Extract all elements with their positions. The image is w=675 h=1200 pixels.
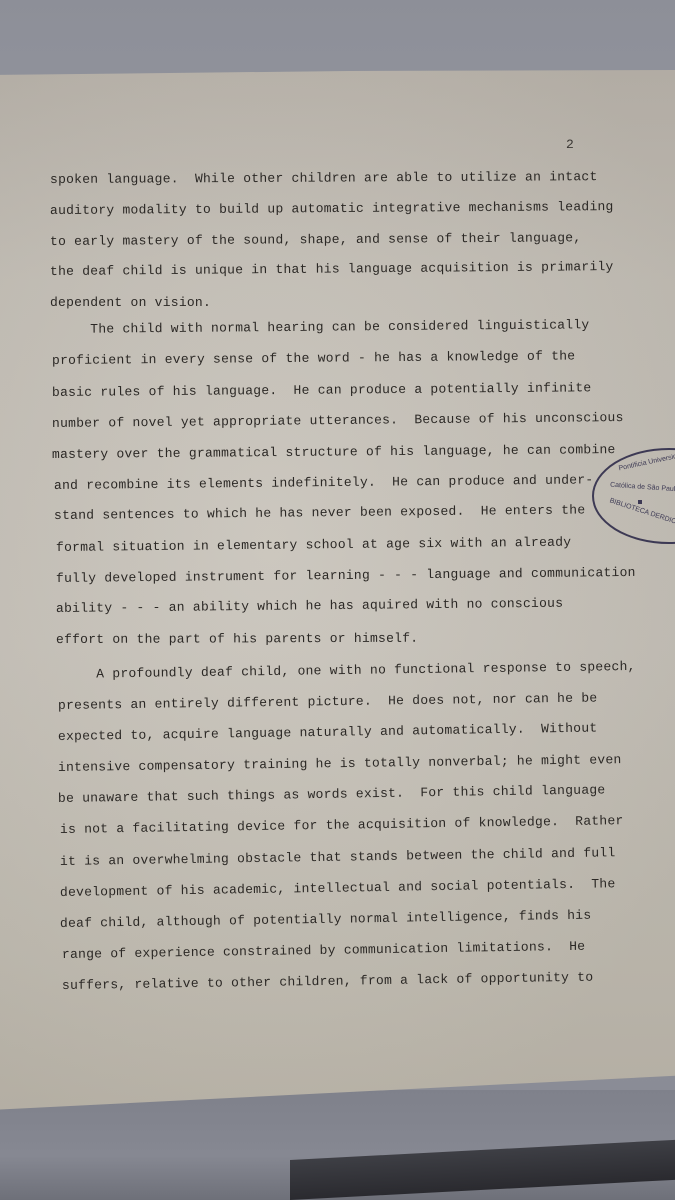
stamp-line-2: Católica de São Paulo xyxy=(610,482,675,494)
stamp-dot xyxy=(638,500,642,504)
document-page xyxy=(0,70,675,1120)
text-line: effort on the part of his parents or him… xyxy=(56,631,418,647)
text-line: spoken language. While other children ar… xyxy=(50,169,598,187)
page-number: 2 xyxy=(566,137,574,152)
text-line: dependent on vision. xyxy=(50,295,211,310)
